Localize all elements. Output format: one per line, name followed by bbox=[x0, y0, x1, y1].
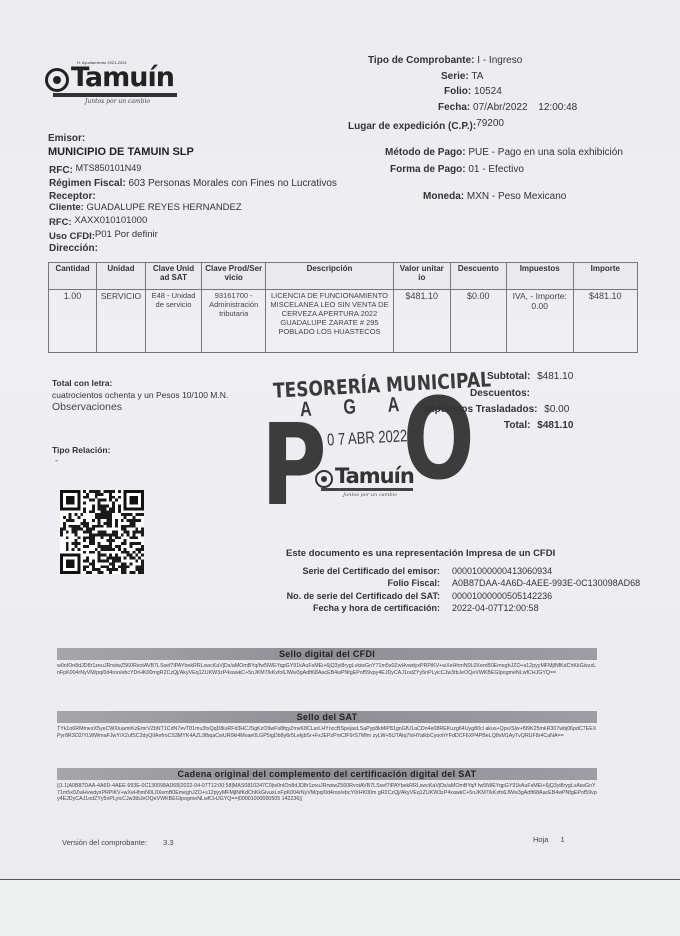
col-descripcion: Descripción bbox=[266, 263, 394, 290]
cadena-original-bar: Cadena original del complemento del cert… bbox=[57, 768, 597, 780]
cert-sat: No. de serie del Certificado del SAT: bbox=[0, 591, 440, 601]
metodo-pago: Método de Pago: PUE - Pago en una sola e… bbox=[385, 147, 623, 158]
total: Total: $481.10 bbox=[504, 420, 573, 431]
scan-background bbox=[0, 880, 680, 936]
qr-code bbox=[60, 490, 144, 574]
serie: Serie: TA bbox=[441, 71, 483, 82]
col-unidad: Unidad bbox=[97, 263, 146, 290]
descuentos: Descuentos: bbox=[470, 388, 530, 399]
hoja: Hoja 1 bbox=[533, 835, 565, 844]
qr-code-icon bbox=[60, 490, 144, 574]
cert-sat-value: 00001000000505142236 bbox=[452, 591, 552, 601]
stamp-logo-bar bbox=[321, 488, 413, 491]
receptor-cliente: Cliente: GUADALUPE REYES HERNANDEZ bbox=[49, 202, 242, 213]
folio-fiscal: Folio Fiscal: bbox=[0, 578, 440, 588]
sello-sat-text: TYk1o6RMmezX5yeCWXiuamrKzEmrVZbNT1CdN7ev… bbox=[57, 726, 597, 739]
stamp-emblem-icon bbox=[315, 470, 333, 488]
col-importe: Importe bbox=[573, 263, 637, 290]
emisor-regimen: Régimen Fiscal: 603 Personas Morales con… bbox=[49, 178, 337, 189]
col-clave-unidad: Clave Unid ad SAT bbox=[145, 263, 201, 290]
receptor-direccion: Dirección: bbox=[49, 243, 98, 254]
impuestos-trasladados: Impuestos Trasladados: $0.00 bbox=[423, 404, 569, 415]
receptor-rfc: RFC: XAXX010101000 bbox=[49, 215, 147, 228]
total-letra-label: Total con letra: bbox=[52, 378, 112, 388]
tamuin-logo: H. Ayuntamiento 2021-2024 Tamuín Juntos … bbox=[45, 62, 175, 106]
observaciones: Observaciones bbox=[52, 401, 122, 413]
col-impuestos: Impuestos bbox=[506, 263, 573, 290]
table-header-row: Cantidad Unidad Clave Unid ad SAT Clave … bbox=[49, 263, 638, 290]
cadena-original-text: ||1.1|A0B87DAA-4A6D-4AEE-993E-0C130098AD… bbox=[57, 783, 597, 803]
col-clave-prod: Clave Prod/Ser vicio bbox=[202, 263, 266, 290]
emisor-heading: Emisor: bbox=[48, 133, 85, 144]
logo-emblem-icon bbox=[45, 68, 69, 92]
sello-cfdi-bar: Sello digital del CFDI bbox=[57, 648, 597, 660]
receptor-uso-cfdi: Uso CFDI:P01 Por definir bbox=[49, 229, 158, 242]
stamp-logo: Tamuín Juntos por un cambio bbox=[315, 464, 415, 504]
col-valor-unitario: Valor unitar io bbox=[393, 263, 450, 290]
cert-emisor: Serie del Certificado del emisor: bbox=[0, 566, 440, 576]
lugar-expedicion: Lugar de expedición (C.P.):79200 bbox=[348, 118, 504, 132]
fecha: Fecha: 07/Abr/2022 12:00:48 bbox=[438, 102, 577, 113]
fecha-certificacion-value: 2022-04-07T12:00:58 bbox=[452, 603, 539, 613]
receptor-heading: Receptor: bbox=[49, 191, 96, 202]
cert-emisor-value: 00001000000413060934 bbox=[452, 566, 552, 576]
sello-cfdi-text: w0nIOn8dJD8r1zeuJRrwiwZ560RvotAVB7LSsef7… bbox=[57, 663, 597, 676]
moneda: Moneda: MXN - Peso Mexicano bbox=[423, 191, 566, 202]
folio: Folio: 10524 bbox=[444, 86, 502, 97]
invoice-page: H. Ayuntamiento 2021-2024 Tamuín Juntos … bbox=[0, 0, 680, 880]
fecha-certificacion: Fecha y hora de certificación: bbox=[0, 603, 440, 613]
items-table: Cantidad Unidad Clave Unid ad SAT Clave … bbox=[48, 262, 638, 353]
pagado-stamp: P O TESORERÍA MUNICIPAL A G A D 0 7 ABR … bbox=[255, 372, 455, 532]
col-descuento: Descuento bbox=[450, 263, 506, 290]
table-row: 1.00 SERVICIO E48 - Unidad de servicio 9… bbox=[49, 290, 638, 353]
subtotal: Subtotal: $481.10 bbox=[487, 371, 573, 382]
cfdi-title: Este documento es una representación Imp… bbox=[286, 548, 555, 559]
col-cantidad: Cantidad bbox=[49, 263, 97, 290]
emisor-rfc: RFC: MTS850101N49 bbox=[49, 163, 141, 176]
tipo-relacion-value: - bbox=[55, 455, 58, 465]
version-comprobante: Versión del comprobante: 3.3 bbox=[62, 838, 174, 847]
sello-sat-bar: Sello del SAT bbox=[57, 711, 597, 723]
stamp-date: 0 7 ABR 2022 bbox=[327, 426, 408, 450]
logo-bar bbox=[53, 93, 177, 97]
forma-pago: Forma de Pago: 01 - Efectivo bbox=[390, 164, 524, 175]
total-letra: cuatrocientos ochenta y un Pesos 10/100 … bbox=[52, 390, 228, 400]
tipo-comprobante: Tipo de Comprobante: I - Ingreso bbox=[368, 55, 522, 66]
folio-fiscal-value: A0B87DAA-4A6D-4AEE-993E-0C130098AD68 bbox=[452, 578, 640, 588]
tipo-relacion-label: Tipo Relación: bbox=[52, 445, 110, 455]
logo-brand: Tamuín bbox=[71, 62, 174, 93]
logo-tagline: Juntos por un cambio bbox=[85, 98, 150, 105]
emisor-name: MUNICIPIO DE TAMUIN SLP bbox=[48, 146, 194, 158]
